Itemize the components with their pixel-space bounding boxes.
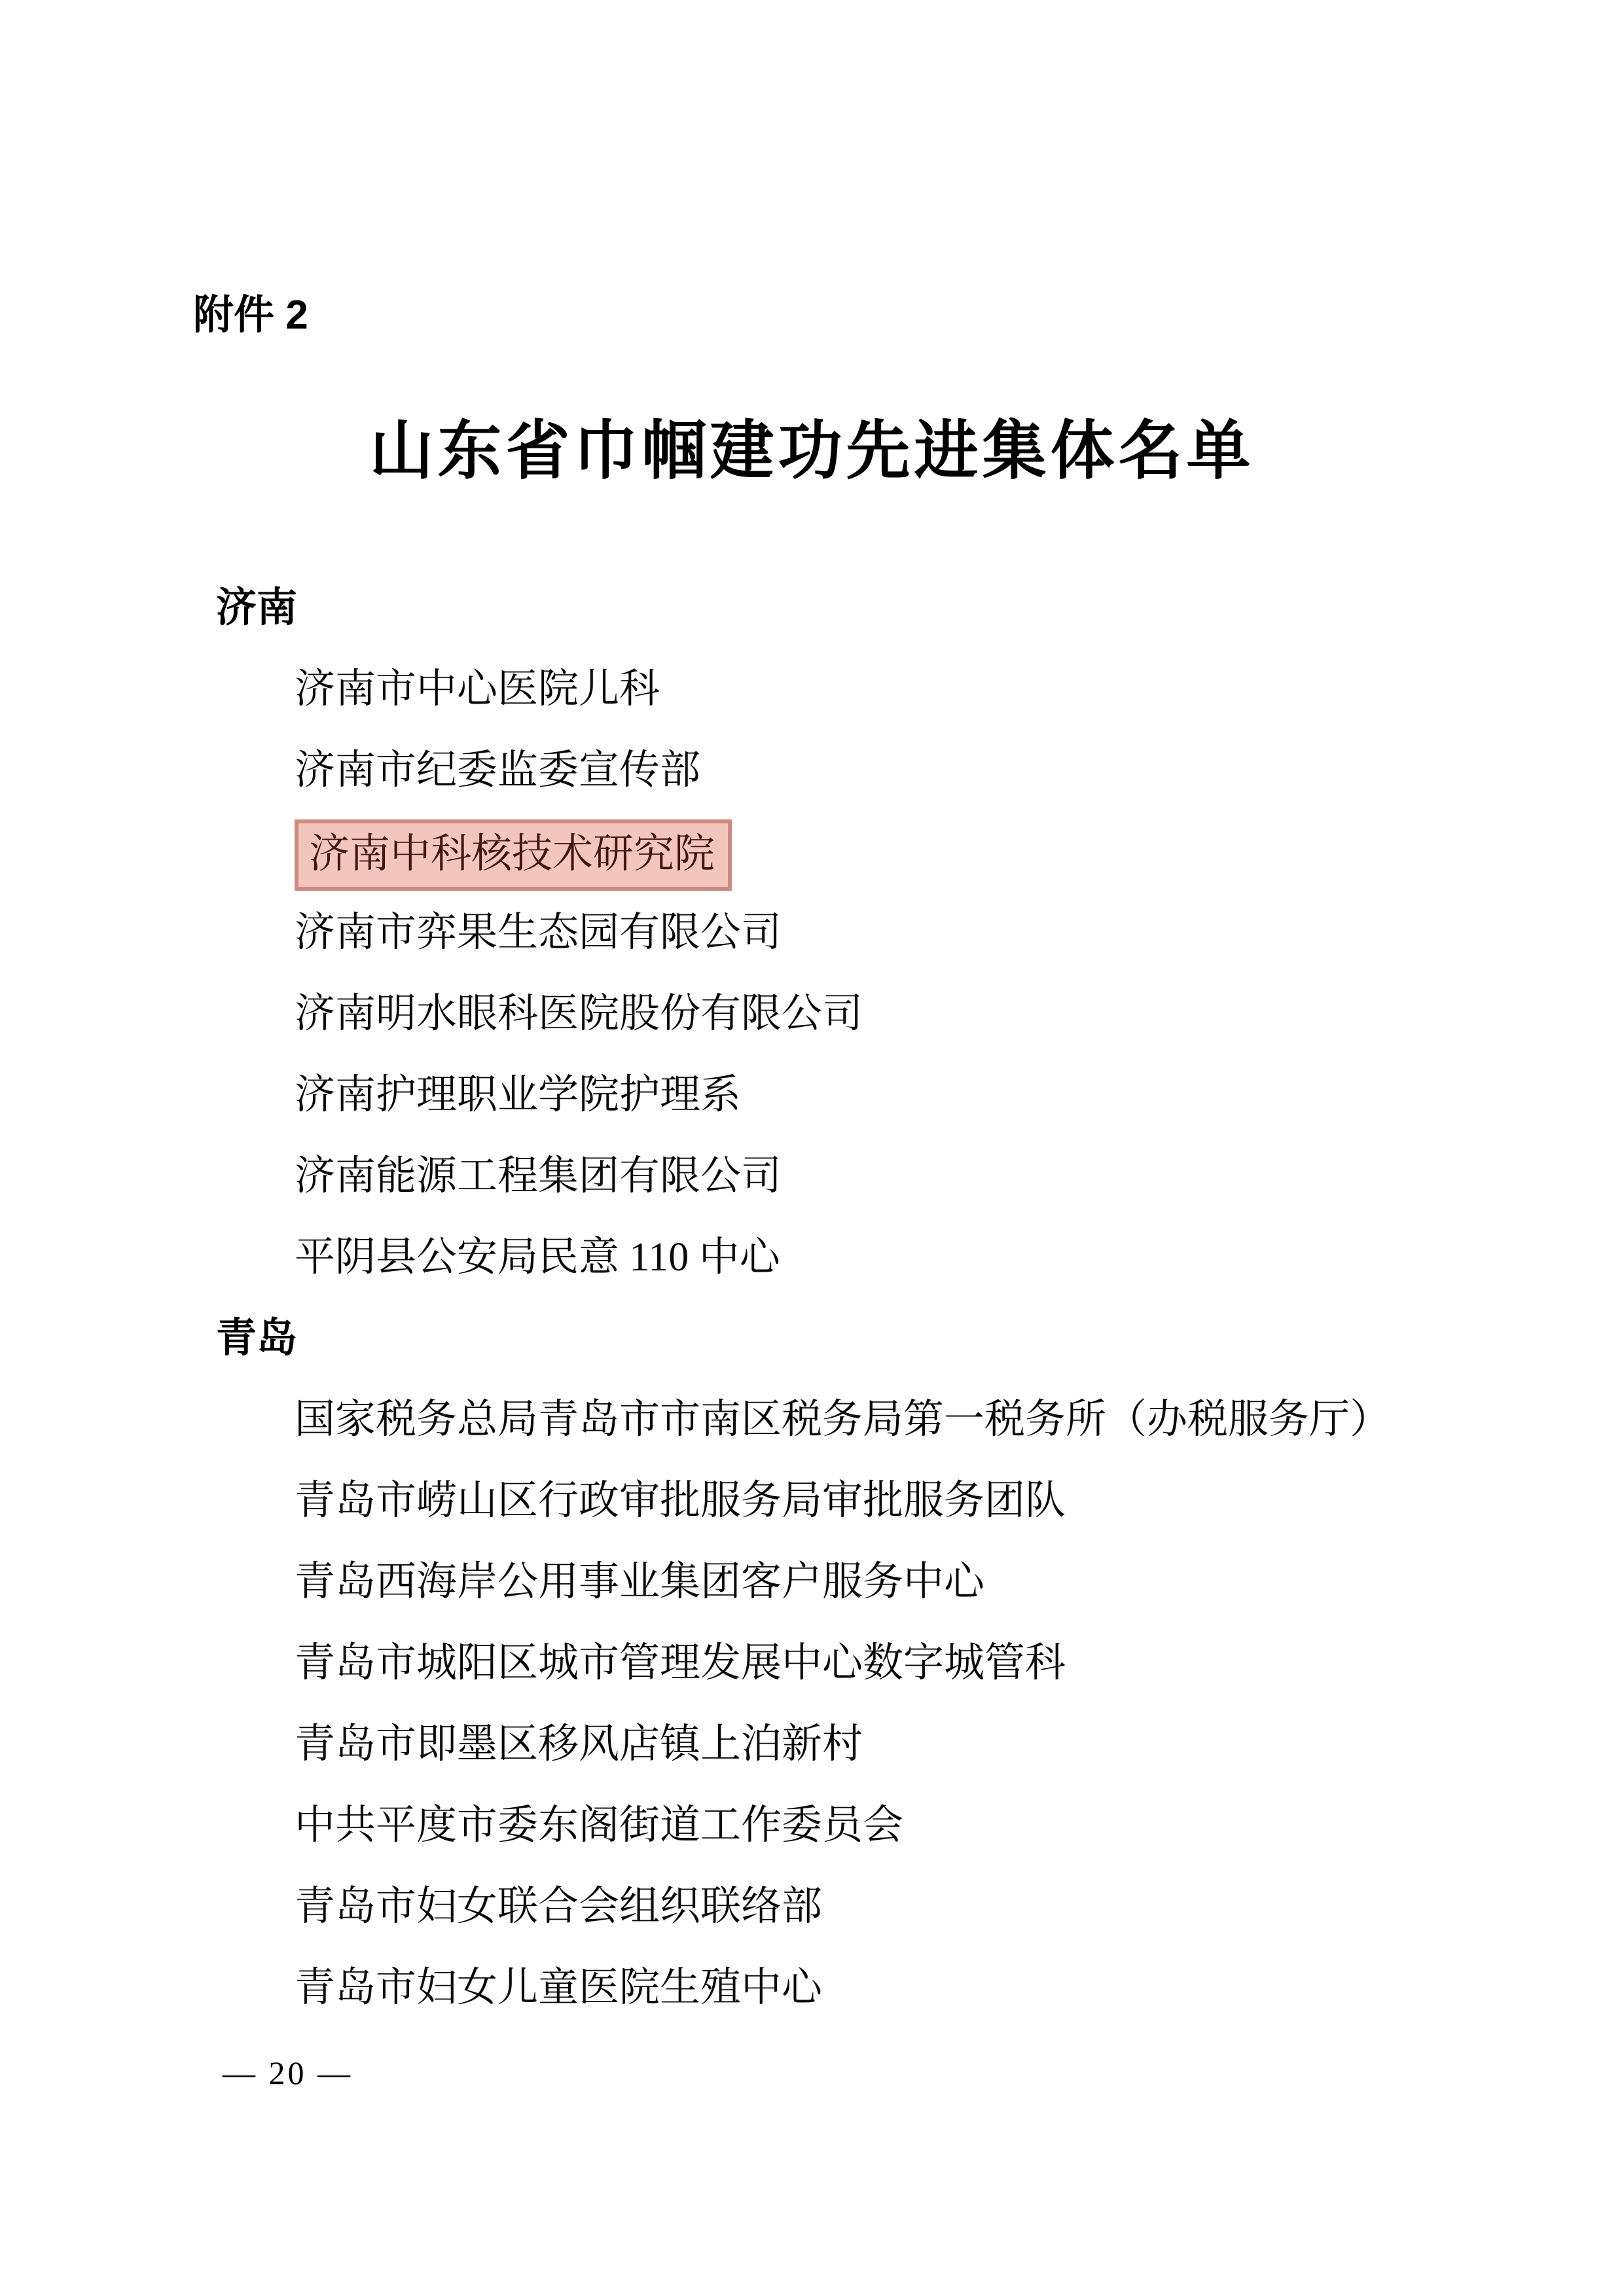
list-item: 青岛市即墨区移风店镇上泊新村 (295, 1704, 1624, 1785)
attachment-label: 附件 2 (193, 293, 1624, 338)
list-item: 济南市纪委监委宣传部 (295, 730, 1624, 811)
page-title: 山东省巾帼建功先进集体名单 (0, 415, 1624, 489)
page-number: — 20 — (223, 2054, 353, 2092)
list-item: 济南能源工程集团有限公司 (295, 1136, 1624, 1217)
sections-container: 济南济南市中心医院儿科济南市纪委监委宣传部济南中科核技术研究院济南市弈果生态园有… (0, 567, 1624, 2028)
list-item: 青岛市崂山区行政审批服务局审批服务团队 (295, 1460, 1624, 1541)
list-item: 青岛西海岸公用事业集团客户服务中心 (295, 1541, 1624, 1623)
list-item: 青岛市城阳区城市管理发展中心数字城管科 (295, 1623, 1624, 1704)
list-item: 济南护理职业学院护理系 (295, 1054, 1624, 1136)
section-heading-jinan: 济南 (216, 567, 1624, 649)
list-item: 济南市中心医院儿科 (295, 649, 1624, 730)
list-item: 济南明水眼科医院股份有限公司 (295, 973, 1624, 1054)
document-page: 附件 2 山东省巾帼建功先进集体名单 济南济南市中心医院儿科济南市纪委监委宣传部… (0, 0, 1624, 2296)
list-item: 国家税务总局青岛市市南区税务局第一税务所（办税服务厅） (295, 1379, 1624, 1460)
section-heading-qingdao: 青岛 (216, 1298, 1624, 1379)
list-item: 平阴县公安局民意 110 中心 (295, 1217, 1624, 1298)
list-item: 青岛市妇女联合会组织联络部 (295, 1866, 1624, 1947)
list-item: 济南市弈果生态园有限公司 (295, 892, 1624, 973)
list-item: 济南中科核技术研究院 (295, 811, 1624, 892)
highlighted-item: 济南中科核技术研究院 (295, 819, 732, 890)
list-item: 中共平度市委东阁街道工作委员会 (295, 1785, 1624, 1866)
list-item: 青岛市妇女儿童医院生殖中心 (295, 1947, 1624, 2028)
